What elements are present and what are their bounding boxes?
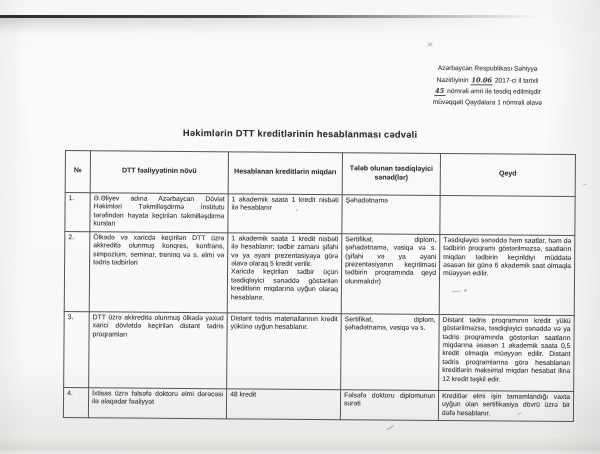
cell-no: 3. [64, 311, 90, 387]
scanned-document-page: Azərbaycan Respublikası Səhiyyə Nazirliy… [0, 0, 600, 454]
col-header-documents: Tələb olunan təsdiqləyici sənəd(lər) [342, 153, 440, 196]
table-row: 1. Ə.Əliyev adına Azərbaycan Dövlət Həki… [65, 193, 575, 236]
approval-stamp-text: Azərbaycan Respublikası Səhiyyə Nazirliy… [412, 64, 562, 110]
cell-documents: Fəlsəfə doktoru diplomunun surəti [340, 389, 438, 420]
cell-note: Kreditlər elmi işin tamamlandığı vaxta u… [438, 390, 573, 421]
handwritten-date: 10.06 [470, 76, 493, 85]
cell-note: Təsdiqləyici sənəddə həm saatlar, həm də… [439, 234, 575, 315]
cell-note: Distant tədris proqramının kredit yükü g… [439, 314, 575, 391]
cell-no: 1. [65, 193, 90, 232]
cell-no: 2. [64, 231, 90, 311]
handwritten-order-number: 45 [434, 87, 445, 96]
cell-activity: Ə.Əliyev adına Azərbaycan Dövlət Həkimlə… [90, 193, 228, 233]
cell-credits: Distant tədris materiallarının kredit yü… [227, 313, 342, 390]
cell-no: 4. [63, 387, 88, 417]
cell-credits: 48 kredit [226, 389, 340, 420]
col-header-credits: Hesablanan kreditlərin miqdarı [228, 152, 342, 195]
cell-documents: Sertifikat, diplom, şəhadətnamə, vəsiqə … [341, 313, 440, 390]
cell-documents: Şəhadətnamə [342, 195, 440, 234]
cell-activity: Ölkədə və xaricdə keçirilən DTT üzrə akk… [89, 231, 228, 312]
cell-activity: DTT üzrə akkreditə olunmuş ölkədə yaxud … [89, 311, 228, 388]
table-header-row: № DTT fəaliyyətinin növü Hesablanan kred… [65, 151, 575, 197]
document-title: Həkimlərin DTT kreditlərinin hesablanmas… [45, 127, 555, 141]
cell-documents: Sertifikat, diplom, şəhadətnamə, vəsiqə … [341, 233, 440, 314]
col-header-note: Qeyd [440, 153, 575, 196]
col-header-activity: DTT fəaliyyətinin növü [90, 151, 228, 194]
table-row: 4. İxtisas üzrə fəlsəfə doktoru elmi dər… [63, 387, 573, 421]
stamp-line-4: müvəqqəti Qaydalara 1 nömrəli əlavə [412, 98, 562, 110]
cell-credits: 1 akademik saata 1 kredit nisbəti ilə he… [227, 233, 342, 314]
table-row: 3. DTT üzrə akkreditə olunmuş ölkədə yax… [64, 311, 575, 391]
col-header-no: № [65, 151, 90, 193]
cell-activity: İxtisas üzrə fəlsəfə doktoru elmi dərəcə… [88, 387, 226, 418]
credits-table: № DTT fəaliyyətinin növü Hesablanan kred… [63, 150, 576, 422]
cell-note [440, 195, 575, 235]
cell-credits: 1 akademik saata 1 kredit nisbəti ilə he… [228, 194, 342, 234]
table-row: 2. Ölkədə və xaricdə keçirilən DTT üzrə … [64, 231, 575, 315]
